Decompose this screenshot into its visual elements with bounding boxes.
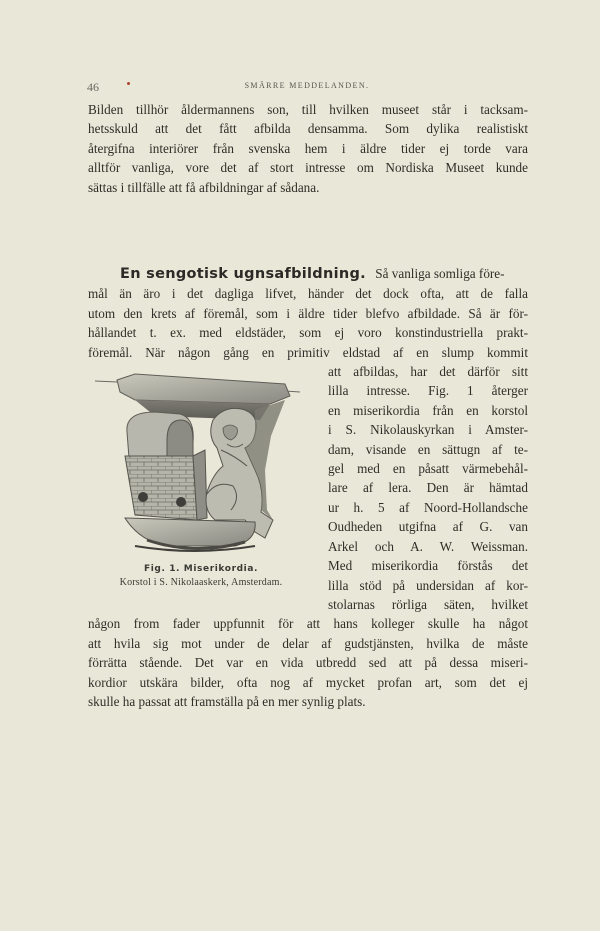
text-line: att hvila sig mot under de delar af guds…: [88, 634, 528, 653]
text-line: Bilden tillhör åldermannens son, till hv…: [88, 100, 528, 119]
section-heading-line: En sengotisk ugnsafbildning. Så vanliga …: [88, 264, 528, 284]
text-line: lilla stöd på undersidan af kor-: [328, 576, 528, 595]
document-page: 46 SMÄRRE MEDDELANDEN. Bilden tillhör ål…: [0, 0, 600, 931]
text-line: ur h. 5 af Noord-Hollandsche: [328, 498, 528, 517]
text-line: dam, visande en sättugn af te-: [328, 440, 528, 459]
text-line: skulle ha passat att framställa på en me…: [88, 692, 528, 711]
text-line: någon from fader uppfunnit för att hans …: [88, 614, 528, 633]
text-line: återgifna interiörer från svenska hem i …: [88, 139, 528, 158]
text-line: Med miserikordia förstås det: [328, 556, 528, 575]
text-line: Oudheden utgifna af G. van: [328, 517, 528, 536]
running-head: 46 SMÄRRE MEDDELANDEN.: [87, 80, 527, 96]
text-line: utom den krets af föremål, som i äldre t…: [88, 304, 528, 323]
text-line: kordior utskära bilder, ofta nog af myck…: [88, 673, 528, 692]
figure-caption: Fig. 1. Miserikordia. Korstol i S. Nikol…: [80, 563, 322, 590]
caption-title: Fig. 1. Miserikordia.: [80, 563, 322, 576]
text-line: gel med en påsatt värmebehål-: [328, 459, 528, 478]
paragraph-intro: Bilden tillhör åldermannens son, till hv…: [88, 100, 528, 197]
text-line: i S. Nikolauskyrkan i Amster-: [328, 420, 528, 439]
text-line: sättas i tillfälle att få afbildningar a…: [88, 178, 528, 197]
section-heading: En sengotisk ugnsafbildning.: [120, 266, 366, 282]
text-line: hetsskuld att det fått afbilda densamma.…: [88, 119, 528, 138]
text-line: att afbildas, har det därför sitt: [328, 362, 528, 381]
text-line: mål än äro i det dagliga lifvet, händer …: [88, 284, 528, 303]
text-line: förrätta stående. Det var en vida utbred…: [88, 653, 528, 672]
caption-subtitle: Korstol i S. Nikolaaskerk, Amsterdam.: [80, 576, 322, 590]
text-line: lare af lera. Den är hämtad: [328, 478, 528, 497]
text-line: Arkel och A. W. Weissman.: [328, 537, 528, 556]
text-line: lilla intresse. Fig. 1 återger: [328, 381, 528, 400]
text-line: en miserikordia från en korstol: [328, 401, 528, 420]
text-line: stolarnas rörliga säten, hvilket: [328, 595, 528, 614]
text-line-fragment: Så vanliga somliga före-: [375, 266, 504, 281]
running-title: SMÄRRE MEDDELANDEN.: [87, 81, 527, 90]
text-line: hållandet t. ex. med eldstäder, som ej v…: [88, 323, 528, 342]
text-line: alltför vanliga, vore det af stort intre…: [88, 158, 528, 177]
figure-misericord-illustration: [95, 370, 305, 555]
text-line: föremål. När någon gång en primitiv elds…: [88, 343, 528, 362]
